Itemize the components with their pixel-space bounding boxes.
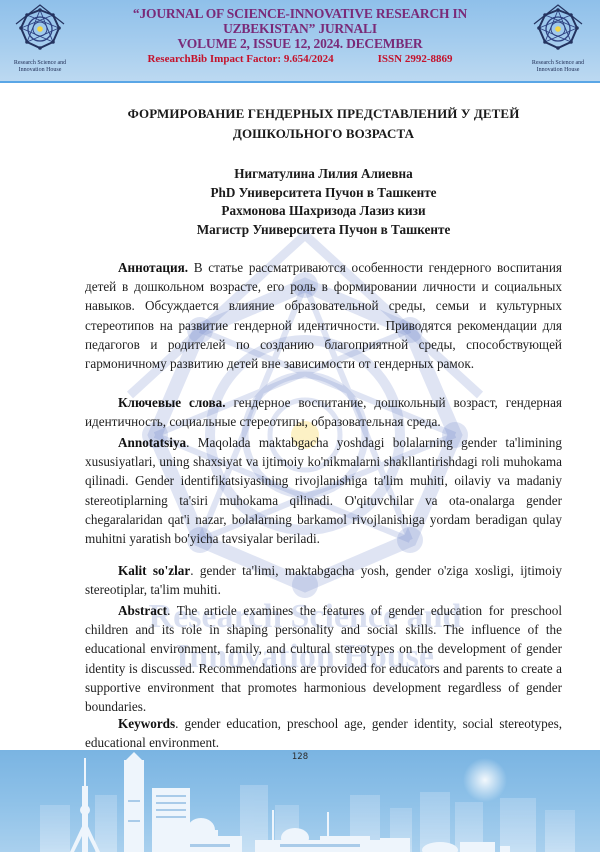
keywords-uz: Kalit so'zlar. gender ta'limi, maktabgac… [85, 561, 562, 599]
article-title: ФОРМИРОВАНИЕ ГЕНДЕРНЫХ ПРЕДСТАВЛЕНИЙ У Д… [85, 104, 562, 144]
author-name: Рахмонова Шахризода Лазиз кизи [85, 202, 562, 221]
annotation-ru: Аннотация. В статье рассматриваются особ… [85, 258, 562, 373]
page-number: 128 [0, 752, 600, 762]
footer-skyline-banner: 128 [0, 750, 600, 852]
publisher-logo-left: Research Science and Innovation House [2, 2, 78, 80]
issn: ISSN 2992-8869 [378, 53, 453, 65]
publisher-logo-right: Research Science and Innovation House [520, 2, 596, 80]
keywords-en-label: Keywords [118, 716, 175, 731]
journal-title-cont: UZBEKISTAN” JURNALI [100, 21, 500, 36]
octagon-network-logo-icon [528, 2, 588, 60]
journal-title: “JOURNAL OF SCIENCE-INNOVATIVE RESEARCH … [100, 6, 500, 21]
abstract-en-label: Abstract [118, 603, 167, 618]
journal-header-text: “JOURNAL OF SCIENCE-INNOVATIVE RESEARCH … [100, 6, 500, 66]
octagon-network-logo-icon [10, 2, 70, 60]
journal-volume: VOLUME 2, ISSUE 12, 2024. DECEMBER [100, 36, 500, 51]
keywords-en: Keywords. gender education, preschool ag… [85, 714, 562, 752]
author-affiliation: PhD Университета Пучон в Ташкенте [85, 184, 562, 203]
author-affiliation: Магистр Университета Пучон в Ташкенте [85, 221, 562, 240]
abstract-en: Abstract. The article examines the featu… [85, 601, 562, 716]
logo-caption: Research Science and Innovation House [532, 60, 584, 74]
logo-caption: Research Science and Innovation House [14, 60, 66, 74]
keywords-uz-label: Kalit so'zlar [118, 563, 190, 578]
journal-meta: ResearchBib Impact Factor: 9.654/2024ISS… [100, 52, 500, 66]
annotation-uz-label: Annotatsiya [118, 435, 186, 450]
keywords-ru: Ключевые слова. гендерное воспитание, до… [85, 393, 562, 431]
author-block: Нигматулина Лилия Алиевна PhD Университе… [85, 165, 562, 240]
annotation-uz: Annotatsiya. Maqolada maktabgacha yoshda… [85, 433, 562, 548]
keywords-ru-label: Ключевые слова. [118, 395, 226, 410]
city-skyline-icon [0, 750, 600, 852]
author-name: Нигматулина Лилия Алиевна [85, 165, 562, 184]
annotation-ru-label: Аннотация. [118, 260, 188, 275]
impact-factor: ResearchBib Impact Factor: 9.654/2024 [147, 53, 333, 65]
journal-header-banner: Research Science and Innovation House “J… [0, 0, 600, 83]
